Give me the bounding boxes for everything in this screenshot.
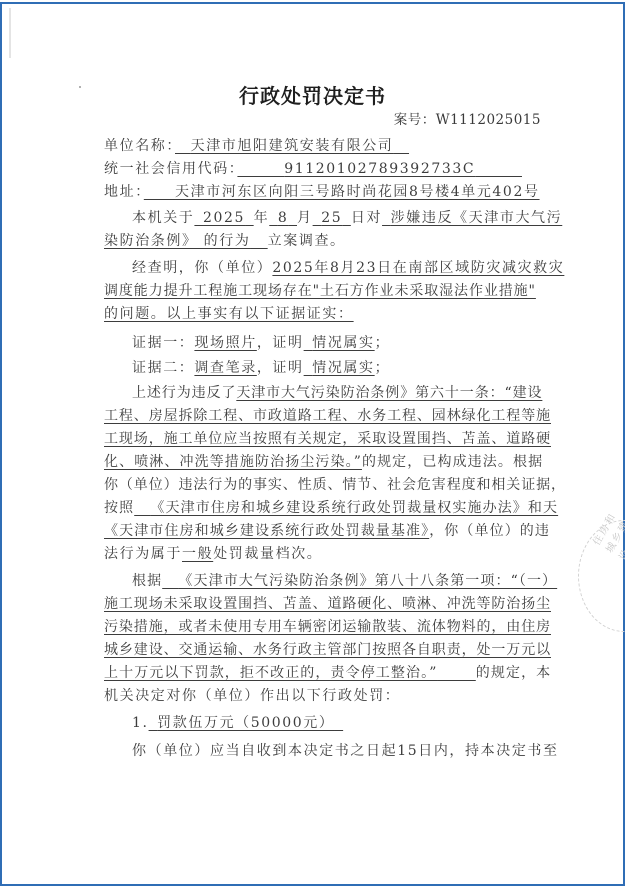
- violation-line-5: 你（单位）违法行为的事实、性质、情节、社会危害程度和相关证据，: [104, 474, 540, 496]
- violation-line-3: 工现场，施工单位应当按照有关规定，采取设置围挡、苫盖、道路硬: [104, 428, 540, 450]
- violation-line-6: 按照 《天津市住房和城乡建设系统行政处罚裁量权实施办法》和天: [104, 497, 540, 519]
- facts-line-1: 经查明，你（单位）2025年8月23日在南部区域防灾减灾救灾: [104, 257, 568, 279]
- facts-line-2: 调度能力提升工程施工现场存在"土石方作业未采取湿法作业措施": [104, 280, 540, 302]
- basis-line-2: 施工现场未采取设置围挡、苫盖、道路硬化、喷淋、冲洗等防治扬尘: [104, 593, 540, 615]
- basis-line-4: 城乡建设、交通运输、水务行政主管部门按照各自职责，处一万元以: [104, 639, 540, 661]
- filing-matter-cont: 染防治条例》 的行为: [104, 233, 250, 249]
- filing-month: 8: [269, 210, 297, 226]
- case-number-label: 案号：: [394, 112, 436, 128]
- violation-line-2: 工程、房屋拆除工程、市政道路工程、水务工程、园林绿化工程等施: [104, 405, 540, 427]
- evidence-2: 证据二：调查笔录，证明 情况属实；: [104, 357, 568, 379]
- violation-line-7: 《天津市住房和城乡建设系统行政处罚裁量基准》，你（单位）的违: [104, 520, 540, 542]
- credit-code-label: 统一社会信用代码：: [104, 161, 237, 177]
- scan-edge-mark: [9, 8, 11, 58]
- payment-line-1: 你（单位）应当自收到本决定书之日起15日内，持本决定书至: [104, 740, 568, 762]
- document-title: 行政处罚决定书: [0, 80, 625, 109]
- violation-line-8: 法行为属于一般处罚裁量档次。: [104, 543, 540, 565]
- discretion-level: 一般: [182, 546, 213, 562]
- basis-line-5: 上十万元以下罚款，拒不改正的，责令停工整治。” 的规定，本: [104, 662, 540, 684]
- basis-line-3: 污染措施，或者未使用专用车辆密闭运输散装、流体物料的，由住房: [104, 616, 540, 638]
- case-number: 案号：W1112025015: [394, 108, 541, 128]
- evidence-1: 证据一：现场照片，证明 情况属实；: [104, 332, 568, 354]
- address-value: 天津市河东区向阳三号路时尚花园8号楼4单元402号: [144, 184, 540, 200]
- address-label: 地址：: [104, 184, 144, 200]
- facts-text: 2025年8月23日在南部区域防灾减灾救灾: [272, 260, 564, 276]
- filing-day: 25: [313, 210, 351, 226]
- facts-line-3: 的问题。以上事实有以下证据证实：: [104, 303, 540, 325]
- address-row: 地址： 天津市河东区向阳三号路时尚花园8号楼4单元402号: [104, 181, 540, 203]
- filing-line-1: 本机关于 2025 年 8 月 25 日对 涉嫌违反《天津市大气污: [104, 207, 568, 229]
- penalty-text: 罚款伍万元（50000元）: [157, 715, 334, 731]
- case-number-value: W1112025015: [436, 112, 541, 128]
- unit-name-value: 天津市旭阳建筑安装有限公司: [175, 138, 409, 154]
- credit-code-value: 91120102789392733C: [237, 161, 522, 177]
- violation-line-1: 上述行为违反了天津市大气污染防治条例》第六十一条：“建设: [104, 382, 568, 404]
- violation-line-4: 化、喷淋、冲洗等措施防治扬尘污染。”的规定，已构成违法。根据: [104, 451, 540, 473]
- credit-code-row: 统一社会信用代码： 91120102789392733C: [104, 158, 540, 180]
- basis-line-6: 机关决定对你（单位）作出以下行政处罚：: [104, 685, 540, 707]
- unit-name-label: 单位名称：: [104, 138, 175, 154]
- filing-line-2: 染防治条例》 的行为 立案调查。: [104, 230, 540, 252]
- basis-line-1: 根据 《天津市大气污染防治条例》第八十八条第一项：“（一）: [104, 570, 568, 592]
- filing-year: 2025: [194, 210, 253, 226]
- filing-matter: 涉嫌违反《天津市大气污: [382, 210, 562, 226]
- penalty-item-1: 1. 罚款伍万元（50000元）: [104, 712, 568, 734]
- unit-name-row: 单位名称： 天津市旭阳建筑安装有限公司: [104, 135, 540, 157]
